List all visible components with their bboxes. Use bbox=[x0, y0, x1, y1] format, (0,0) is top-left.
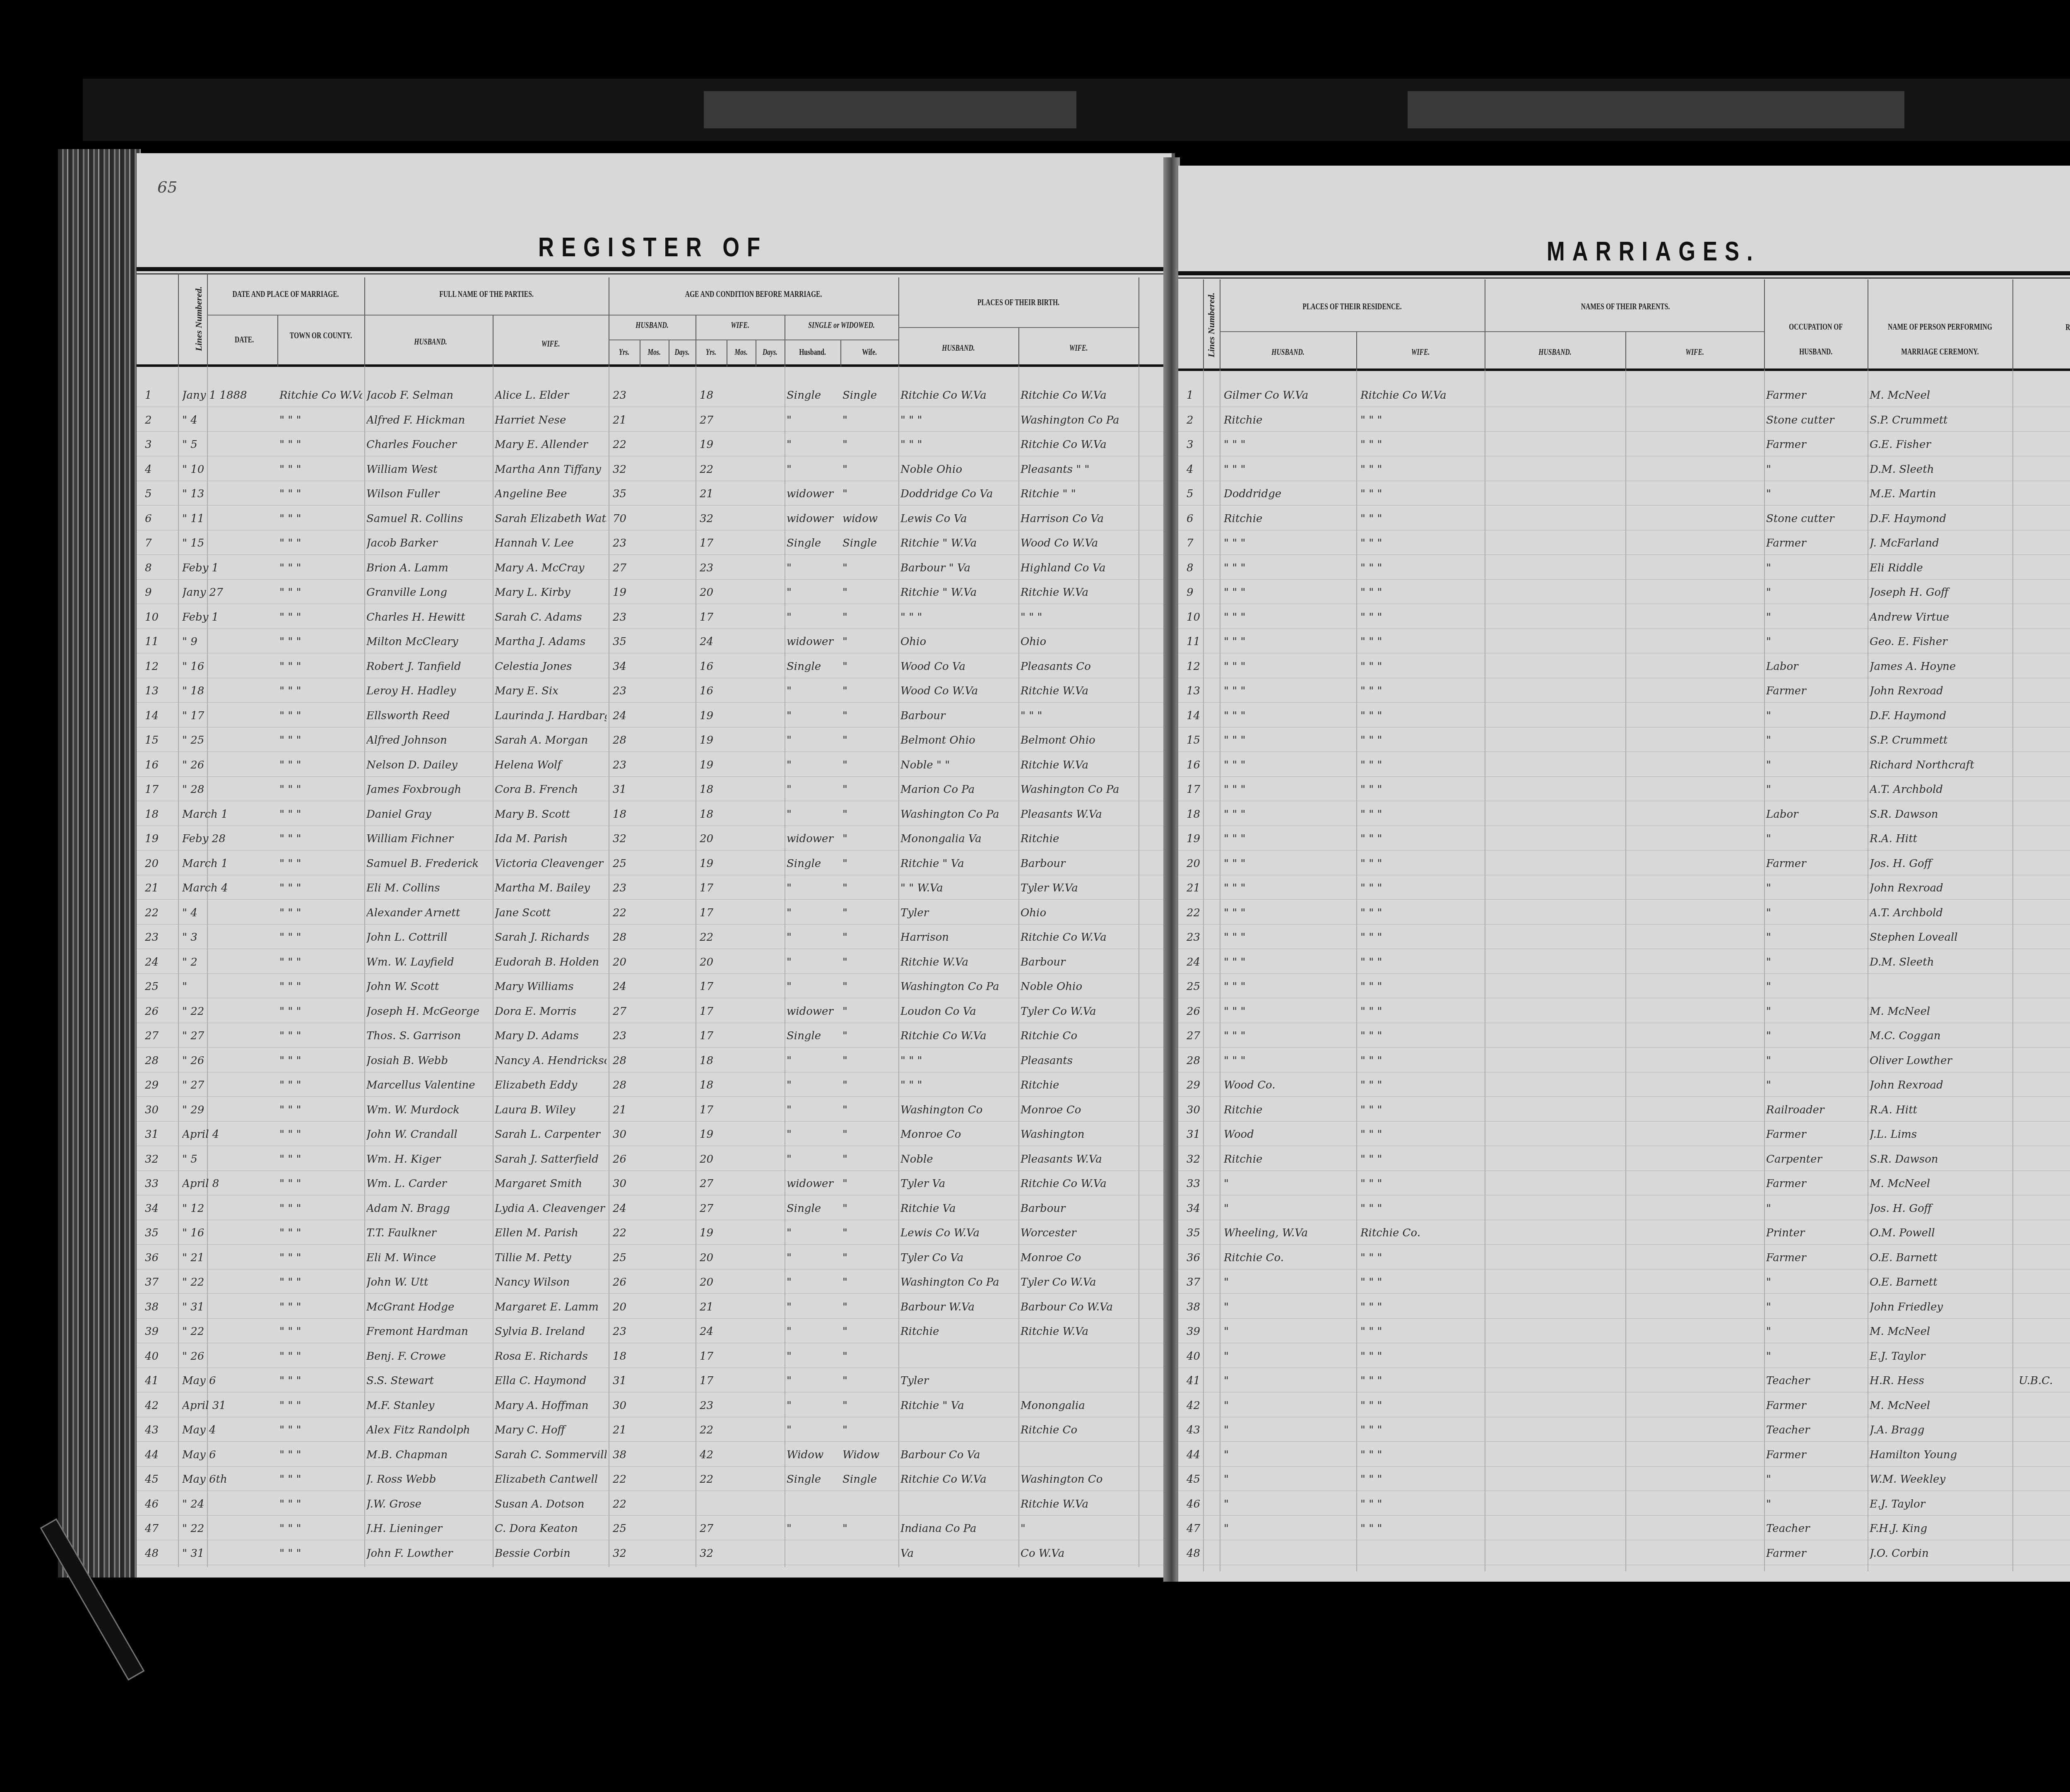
cell-husband: Eli M. Collins bbox=[366, 882, 491, 894]
cell-n: 8 bbox=[145, 562, 174, 574]
right-entry-row: 13" " "" " "FarmerJohn Rexroad bbox=[1178, 681, 2070, 704]
cell-h-res: " " " bbox=[1224, 882, 1356, 894]
cell-h-res: " " " bbox=[1224, 931, 1356, 944]
cell-w-birth: Monroe Co bbox=[1021, 1252, 1136, 1264]
cell-h-age: 28 bbox=[613, 931, 638, 944]
cell-w-cond: " bbox=[842, 1227, 896, 1239]
cell-occupation: Farmer bbox=[1766, 438, 1865, 451]
cell-w-age: 21 bbox=[700, 1301, 724, 1313]
cell-place: " " " bbox=[279, 488, 362, 500]
header-lines-numbered: Lines Numbered. bbox=[193, 293, 204, 351]
cell-occupation: " bbox=[1766, 734, 1865, 747]
right-entry-row: 37"" " ""O.E. Barnett bbox=[1178, 1272, 2070, 1295]
left-entry-row: 32" 5" " "Wm. H. KigerSarah J. Satterfie… bbox=[137, 1149, 1172, 1172]
cell-place: " " " bbox=[279, 1153, 362, 1166]
cell-place: " " " bbox=[279, 1547, 362, 1560]
cell-h-age: 24 bbox=[613, 710, 638, 722]
cell-n: 26 bbox=[145, 1005, 174, 1018]
cell-date: " 22 bbox=[182, 1005, 275, 1018]
header-sw-wife: Wife. bbox=[847, 348, 892, 357]
cell-n: 15 bbox=[1187, 734, 1216, 747]
cell-w-res: " " " bbox=[1360, 513, 1483, 525]
cell-wife: Mary E. Six bbox=[495, 685, 607, 697]
cell-w-age: 18 bbox=[700, 808, 724, 821]
cell-officiant: G.E. Fisher bbox=[1870, 438, 2010, 451]
cell-h-age: 24 bbox=[613, 980, 638, 993]
cell-w-res: " " " bbox=[1360, 1325, 1483, 1338]
cell-n: 45 bbox=[1187, 1473, 1216, 1486]
right-entry-row: 25" " "" " "" bbox=[1178, 976, 2070, 1000]
right-entry-row: 3" " "" " "FarmerG.E. Fisher bbox=[1178, 434, 2070, 458]
cell-h-res: Ritchie bbox=[1224, 1153, 1356, 1166]
cell-n: 34 bbox=[145, 1202, 174, 1215]
cell-h-birth: Doddridge Co Va bbox=[900, 488, 1016, 500]
header-age-husband: HUSBAND. bbox=[618, 321, 686, 330]
cell-place: " " " bbox=[279, 660, 362, 673]
cell-h-age: 20 bbox=[613, 1301, 638, 1313]
cell-w-cond: Widow bbox=[842, 1449, 896, 1461]
cell-w-cond: " bbox=[842, 660, 896, 673]
cell-h-age: 23 bbox=[613, 389, 638, 402]
right-entry-row: 44"" " "FarmerHamilton Young bbox=[1178, 1445, 2070, 1468]
cell-w-cond: " bbox=[842, 463, 896, 476]
cell-occupation: " bbox=[1766, 1473, 1865, 1486]
cell-place: " " " bbox=[279, 537, 362, 549]
cell-h-cond: " bbox=[787, 759, 840, 771]
right-entry-row: 41"" " "TeacherH.R. HessU.B.C. bbox=[1178, 1370, 2070, 1394]
cell-h-cond: widower bbox=[787, 833, 840, 845]
cell-n: 2 bbox=[1187, 414, 1216, 426]
cell-h-res: " " " bbox=[1224, 759, 1356, 771]
cell-officiant: S.R. Dawson bbox=[1870, 808, 2010, 821]
cell-n: 10 bbox=[145, 611, 174, 624]
cell-h-age: 31 bbox=[613, 1375, 638, 1387]
cell-place: " " " bbox=[279, 1079, 362, 1091]
cell-h-birth: Wood Co Va bbox=[900, 660, 1016, 673]
cell-n: 12 bbox=[1187, 660, 1216, 673]
cell-w-res: " " " bbox=[1360, 1030, 1483, 1042]
cell-h-birth: Belmont Ohio bbox=[900, 734, 1016, 747]
cell-w-cond: " bbox=[842, 857, 896, 870]
cell-occupation: Labor bbox=[1766, 660, 1865, 673]
cell-w-age: 20 bbox=[700, 586, 724, 599]
cell-h-res: " " " bbox=[1224, 660, 1356, 673]
cell-h-cond: " bbox=[787, 611, 840, 624]
cell-wife: Martha Ann Tiffany bbox=[495, 463, 607, 476]
cell-h-res: " " " bbox=[1224, 1030, 1356, 1042]
cell-n: 17 bbox=[145, 783, 174, 796]
cell-date: " 21 bbox=[182, 1252, 275, 1264]
cell-n: 47 bbox=[1187, 1522, 1216, 1535]
cell-husband: S.S. Stewart bbox=[366, 1375, 491, 1387]
cell-w-age: 18 bbox=[700, 1055, 724, 1067]
left-entry-row: 22" 4" " "Alexander ArnettJane Scott2217… bbox=[137, 903, 1172, 926]
left-entry-row: 18March 1" " "Daniel GrayMary B. Scott18… bbox=[137, 804, 1172, 827]
cell-officiant: H.R. Hess bbox=[1870, 1375, 2010, 1387]
cell-officiant: M. McNeel bbox=[1870, 1325, 2010, 1338]
cell-n: 36 bbox=[145, 1252, 174, 1264]
cell-place: " " " bbox=[279, 463, 362, 476]
cell-wife: Ida M. Parish bbox=[495, 833, 607, 845]
header-h-days: Days. bbox=[672, 348, 693, 357]
cell-n: 14 bbox=[1187, 710, 1216, 722]
cell-date: " 2 bbox=[182, 956, 275, 968]
cell-w-res: " " " bbox=[1360, 980, 1483, 993]
cell-h-cond: widower bbox=[787, 1005, 840, 1018]
cell-date: " 28 bbox=[182, 783, 275, 796]
cell-h-res: " " " bbox=[1224, 685, 1356, 697]
cell-w-cond: Single bbox=[842, 1473, 896, 1486]
cell-w-age: 17 bbox=[700, 882, 724, 894]
left-entry-row: 4" 10" " "William WestMartha Ann Tiffany… bbox=[137, 459, 1172, 482]
cell-officiant: R.A. Hitt bbox=[1870, 1104, 2010, 1116]
right-entry-row: 21" " "" " ""John Rexroad bbox=[1178, 878, 2070, 901]
cell-w-res: " " " bbox=[1360, 1498, 1483, 1510]
cell-husband: Jacob Barker bbox=[366, 537, 491, 549]
cell-place: " " " bbox=[279, 710, 362, 722]
cell-h-birth: Washington Co bbox=[900, 1104, 1016, 1116]
cell-place: " " " bbox=[279, 1055, 362, 1067]
right-entry-row: 9" " "" " ""Joseph H. Goff bbox=[1178, 582, 2070, 605]
cell-date: " 4 bbox=[182, 907, 275, 919]
cell-wife: Victoria Cleavenger bbox=[495, 857, 607, 870]
cell-occupation: " bbox=[1766, 1276, 1865, 1289]
cell-wife: Celestia Jones bbox=[495, 660, 607, 673]
cell-h-res: " " " bbox=[1224, 1055, 1356, 1067]
cell-w-cond: " bbox=[842, 931, 896, 944]
cell-n: 44 bbox=[145, 1449, 174, 1461]
cell-w-birth: Ohio bbox=[1021, 636, 1136, 648]
cell-w-age: 18 bbox=[700, 389, 724, 402]
cell-wife: Mary L. Kirby bbox=[495, 586, 607, 599]
cell-h-age: 26 bbox=[613, 1276, 638, 1289]
cell-w-res: " " " bbox=[1360, 1079, 1483, 1091]
cell-h-res: " " " bbox=[1224, 980, 1356, 993]
cell-husband: Nelson D. Dailey bbox=[366, 759, 491, 771]
cell-h-res: Ritchie bbox=[1224, 414, 1356, 426]
cell-officiant: Jos. H. Goff bbox=[1870, 857, 2010, 870]
left-entry-row: 47" 22" " "J.H. LieningerC. Dora Keaton2… bbox=[137, 1518, 1172, 1542]
right-entry-row: 40"" " ""E.J. Taylor bbox=[1178, 1346, 2070, 1369]
right-entry-row: 31Wood" " "FarmerJ.L. Lims bbox=[1178, 1124, 2070, 1147]
cell-h-age: 31 bbox=[613, 783, 638, 796]
cell-w-cond: " bbox=[842, 907, 896, 919]
cell-officiant: Geo. E. Fisher bbox=[1870, 636, 2010, 648]
cell-husband: Granville Long bbox=[366, 586, 491, 599]
left-entry-row: 28" 26" " "Josiah B. WebbNancy A. Hendri… bbox=[137, 1050, 1172, 1074]
cell-n: 6 bbox=[145, 513, 174, 525]
cell-date: April 31 bbox=[182, 1399, 275, 1412]
cell-h-age: 23 bbox=[613, 685, 638, 697]
left-entry-row: 5" 13" " "Wilson FullerAngeline Bee3521w… bbox=[137, 484, 1172, 507]
cell-w-age: 17 bbox=[700, 1375, 724, 1387]
cell-officiant: J.A. Bragg bbox=[1870, 1424, 2010, 1436]
cell-w-cond: " bbox=[842, 1178, 896, 1190]
cell-date: " 11 bbox=[182, 513, 275, 525]
cell-w-res: " " " bbox=[1360, 463, 1483, 476]
cell-n: 37 bbox=[145, 1276, 174, 1289]
cell-n: 19 bbox=[1187, 833, 1216, 845]
left-entry-row: 20March 1" " "Samuel B. FrederickVictori… bbox=[137, 853, 1172, 877]
cell-w-res: " " " bbox=[1360, 931, 1483, 944]
left-page-edges bbox=[58, 149, 141, 1578]
right-entry-row: 5Doddridge" " ""M.E. Martin bbox=[1178, 484, 2070, 507]
cell-n: 32 bbox=[1187, 1153, 1216, 1166]
header-par-wife: WIFE. bbox=[1641, 348, 1749, 357]
cell-h-birth: Tyler Va bbox=[900, 1178, 1016, 1190]
header-lines-numbered-right: Lines Numbered. bbox=[1206, 299, 1217, 357]
left-entry-row: 14" 17" " "Ellsworth ReedLaurinda J. Har… bbox=[137, 706, 1172, 729]
cell-officiant: Eli Riddle bbox=[1870, 562, 2010, 574]
cell-h-cond: " bbox=[787, 1522, 840, 1535]
left-entry-row: 35" 16" " "T.T. FaulknerEllen M. Parish2… bbox=[137, 1223, 1172, 1246]
right-entry-row: 6Ritchie" " "Stone cutterD.F. Haymond bbox=[1178, 508, 2070, 532]
cell-place: " " " bbox=[279, 808, 362, 821]
cell-h-res: " bbox=[1224, 1399, 1356, 1412]
right-entry-row: 10" " "" " ""Andrew Virtue bbox=[1178, 607, 2070, 630]
cell-date: " 16 bbox=[182, 1227, 275, 1239]
cell-h-age: 70 bbox=[613, 513, 638, 525]
cell-h-cond: " bbox=[787, 1375, 840, 1387]
cell-officiant: R.A. Hitt bbox=[1870, 833, 2010, 845]
cell-h-cond: " bbox=[787, 1252, 840, 1264]
cell-w-age: 17 bbox=[700, 1030, 724, 1042]
cell-date: " 31 bbox=[182, 1301, 275, 1313]
cell-n: 20 bbox=[145, 857, 174, 870]
cell-officiant: O.E. Barnett bbox=[1870, 1276, 2010, 1289]
cell-place: " " " bbox=[279, 414, 362, 426]
cell-n: 28 bbox=[145, 1055, 174, 1067]
cell-w-res: " " " bbox=[1360, 1153, 1483, 1166]
right-entry-row: 26" " "" " ""M. McNeel bbox=[1178, 1001, 2070, 1024]
cell-date: " 9 bbox=[182, 636, 275, 648]
cell-wife: Mary D. Adams bbox=[495, 1030, 607, 1042]
cell-h-birth: Va bbox=[900, 1547, 1016, 1560]
cell-h-cond: " bbox=[787, 907, 840, 919]
cell-place: " " " bbox=[279, 1005, 362, 1018]
cell-date: " 24 bbox=[182, 1498, 275, 1510]
cell-w-birth: Ohio bbox=[1021, 907, 1136, 919]
left-entry-row: 37" 22" " "John W. UttNancy Wilson2620""… bbox=[137, 1272, 1172, 1295]
right-entry-row: 28" " "" " ""Oliver Lowther bbox=[1178, 1050, 2070, 1074]
cell-h-birth: Ritchie Co W.Va bbox=[900, 1030, 1016, 1042]
cell-occupation: " bbox=[1766, 586, 1865, 599]
right-entry-row: 27" " "" " ""M.C. Coggan bbox=[1178, 1026, 2070, 1049]
cell-w-cond: " bbox=[842, 1104, 896, 1116]
cell-wife: Sylvia B. Ireland bbox=[495, 1325, 607, 1338]
header-w-mos: Mos. bbox=[730, 348, 753, 357]
cell-w-age: 19 bbox=[700, 1128, 724, 1141]
cell-w-res: " " " bbox=[1360, 1128, 1483, 1141]
right-entry-row: 8" " "" " ""Eli Riddle bbox=[1178, 558, 2070, 581]
cell-h-birth: " " " bbox=[900, 1079, 1016, 1091]
cell-remarks: U.B.C. bbox=[2019, 1375, 2070, 1387]
cell-n: 25 bbox=[145, 980, 174, 993]
cell-husband: Josiah B. Webb bbox=[366, 1055, 491, 1067]
cell-w-cond: " bbox=[842, 759, 896, 771]
cell-n: 40 bbox=[145, 1350, 174, 1363]
cell-husband: Jacob F. Selman bbox=[366, 389, 491, 402]
cell-w-birth: Monongalia bbox=[1021, 1399, 1136, 1412]
cell-h-age: 23 bbox=[613, 1030, 638, 1042]
cell-h-res: " bbox=[1224, 1522, 1356, 1535]
cell-date: " 3 bbox=[182, 931, 275, 944]
cell-w-res: " " " bbox=[1360, 907, 1483, 919]
cell-occupation: " bbox=[1766, 1350, 1865, 1363]
cell-w-cond: " bbox=[842, 586, 896, 599]
cell-w-res: " " " bbox=[1360, 1449, 1483, 1461]
cell-h-birth: Lewis Co Va bbox=[900, 513, 1016, 525]
cell-w-res: " " " bbox=[1360, 438, 1483, 451]
header-date: DATE. bbox=[219, 335, 270, 345]
cell-h-cond: " bbox=[787, 1350, 840, 1363]
cell-w-cond: " bbox=[842, 1153, 896, 1166]
top-margin-strip bbox=[83, 79, 2070, 141]
header-town-county: TOWN OR COUNTY. bbox=[289, 331, 353, 341]
header-w-days: Days. bbox=[759, 348, 782, 357]
right-entry-row: 39"" " ""M. McNeel bbox=[1178, 1321, 2070, 1344]
cell-w-birth: " " " bbox=[1021, 710, 1136, 722]
cell-h-cond: " bbox=[787, 931, 840, 944]
cell-h-cond: " bbox=[787, 1153, 840, 1166]
cell-h-birth: " " " bbox=[900, 611, 1016, 624]
header-wife-name: WIFE. bbox=[505, 340, 596, 349]
cell-h-res: " " " bbox=[1224, 808, 1356, 821]
cell-occupation: Farmer bbox=[1766, 685, 1865, 697]
cell-occupation: " bbox=[1766, 833, 1865, 845]
cell-occupation: Railroader bbox=[1766, 1104, 1865, 1116]
cell-date: May 4 bbox=[182, 1424, 275, 1436]
cell-h-age: 21 bbox=[613, 1104, 638, 1116]
cell-h-res: " " " bbox=[1224, 833, 1356, 845]
right-entry-row: 23" " "" " ""Stephen Loveall bbox=[1178, 927, 2070, 950]
cell-n: 39 bbox=[1187, 1325, 1216, 1338]
cell-h-birth: Barbour " Va bbox=[900, 562, 1016, 574]
cell-n: 33 bbox=[145, 1178, 174, 1190]
cell-h-res: " " " bbox=[1224, 537, 1356, 549]
cell-h-res: " bbox=[1224, 1424, 1356, 1436]
cell-h-cond: widower bbox=[787, 636, 840, 648]
cell-date: " 26 bbox=[182, 1055, 275, 1067]
cell-w-birth: Pleasants W.Va bbox=[1021, 1153, 1136, 1166]
cell-husband: James Foxbrough bbox=[366, 783, 491, 796]
right-page: MARRIAGES. Lines Numbered. PLACES OF THE… bbox=[1176, 166, 2070, 1582]
cell-w-age: 22 bbox=[700, 1424, 724, 1436]
right-entry-row: 18" " "" " "LaborS.R. Dawson bbox=[1178, 804, 2070, 827]
cell-n: 27 bbox=[1187, 1030, 1216, 1042]
cell-n: 9 bbox=[145, 586, 174, 599]
cell-w-res: " " " bbox=[1360, 759, 1483, 771]
cell-w-res: " " " bbox=[1360, 710, 1483, 722]
cell-occupation: " bbox=[1766, 980, 1865, 993]
left-entry-row: 16" 26" " "Nelson D. DaileyHelena Wolf23… bbox=[137, 755, 1172, 778]
cell-date: April 8 bbox=[182, 1178, 275, 1190]
cell-officiant: J.O. Corbin bbox=[1870, 1547, 2010, 1560]
cell-n: 35 bbox=[1187, 1227, 1216, 1239]
cell-n: 32 bbox=[145, 1153, 174, 1166]
cell-wife: Jane Scott bbox=[495, 907, 607, 919]
cell-h-cond: " bbox=[787, 1424, 840, 1436]
left-entry-row: 3" 5" " "Charles FoucherMary E. Allender… bbox=[137, 434, 1172, 458]
cell-w-age: 17 bbox=[700, 537, 724, 549]
header-h-mos: Mos. bbox=[643, 348, 666, 357]
header-birth-wife: WIFE. bbox=[1032, 344, 1125, 353]
cell-h-res: " " " bbox=[1224, 956, 1356, 968]
cell-occupation: Farmer bbox=[1766, 1178, 1865, 1190]
cell-w-res: Ritchie Co W.Va bbox=[1360, 389, 1483, 402]
cell-h-res: " " " bbox=[1224, 857, 1356, 870]
cell-w-cond: " bbox=[842, 488, 896, 500]
cell-h-cond: " bbox=[787, 1055, 840, 1067]
cell-h-cond: Single bbox=[787, 389, 840, 402]
cell-occupation: " bbox=[1766, 1005, 1865, 1018]
cell-husband: Brion A. Lamm bbox=[366, 562, 491, 574]
cell-wife: Dora E. Morris bbox=[495, 1005, 607, 1018]
cell-date: Feby 28 bbox=[182, 833, 275, 845]
cell-h-res: " " " bbox=[1224, 710, 1356, 722]
cell-wife: Alice L. Elder bbox=[495, 389, 607, 402]
cell-wife: Martha J. Adams bbox=[495, 636, 607, 648]
cell-h-birth: Ritchie Va bbox=[900, 1202, 1016, 1215]
cell-h-birth: Ritchie " Va bbox=[900, 1399, 1016, 1412]
cell-wife: C. Dora Keaton bbox=[495, 1522, 607, 1535]
cell-wife: Mary A. Hoffman bbox=[495, 1399, 607, 1412]
cell-husband: Fremont Hardman bbox=[366, 1325, 491, 1338]
left-entry-row: 11" 9" " "Milton McClearyMartha J. Adams… bbox=[137, 631, 1172, 655]
cell-wife: Susan A. Dotson bbox=[495, 1498, 607, 1510]
cell-w-birth: Ritchie W.Va bbox=[1021, 1498, 1136, 1510]
cell-h-age: 27 bbox=[613, 1005, 638, 1018]
cell-w-res: " " " bbox=[1360, 1399, 1483, 1412]
cell-h-age: 25 bbox=[613, 1522, 638, 1535]
cell-wife: Sarah J. Satterfield bbox=[495, 1153, 607, 1166]
cell-w-cond: " bbox=[842, 636, 896, 648]
cell-wife: Tillie M. Petty bbox=[495, 1252, 607, 1264]
cell-w-cond: " bbox=[842, 414, 896, 426]
cell-officiant: S.R. Dawson bbox=[1870, 1153, 2010, 1166]
cell-h-res: " bbox=[1224, 1498, 1356, 1510]
cell-w-birth: Wood Co W.Va bbox=[1021, 537, 1136, 549]
cell-w-res: " " " bbox=[1360, 882, 1483, 894]
cell-h-cond: " bbox=[787, 1227, 840, 1239]
cell-h-birth: Loudon Co Va bbox=[900, 1005, 1016, 1018]
cell-h-birth: Monongalia Va bbox=[900, 833, 1016, 845]
cell-occupation: Labor bbox=[1766, 808, 1865, 821]
cell-w-birth: Pleasants Co bbox=[1021, 660, 1136, 673]
cell-husband: Alexander Arnett bbox=[366, 907, 491, 919]
cell-n: 43 bbox=[145, 1424, 174, 1436]
cell-h-age: 21 bbox=[613, 1424, 638, 1436]
cell-wife: Harriet Nese bbox=[495, 414, 607, 426]
cell-date: " 15 bbox=[182, 537, 275, 549]
cell-occupation: " bbox=[1766, 956, 1865, 968]
cell-w-cond: Single bbox=[842, 389, 896, 402]
cell-occupation: Farmer bbox=[1766, 1449, 1865, 1461]
cell-w-birth: Barbour Co W.Va bbox=[1021, 1301, 1136, 1313]
cell-occupation: Farmer bbox=[1766, 537, 1865, 549]
cell-officiant: S.P. Crummett bbox=[1870, 414, 2010, 426]
cell-w-res: " " " bbox=[1360, 1276, 1483, 1289]
cell-date: " 17 bbox=[182, 710, 275, 722]
header-age-wife: WIFE. bbox=[705, 321, 775, 330]
cell-officiant: James A. Hoyne bbox=[1870, 660, 2010, 673]
cell-h-cond: widower bbox=[787, 488, 840, 500]
cell-n: 11 bbox=[145, 636, 174, 648]
cell-n: 16 bbox=[1187, 759, 1216, 771]
right-entry-row: 38"" " ""John Friedley bbox=[1178, 1297, 2070, 1320]
cell-n: 23 bbox=[145, 931, 174, 944]
cell-officiant: Hamilton Young bbox=[1870, 1449, 2010, 1461]
